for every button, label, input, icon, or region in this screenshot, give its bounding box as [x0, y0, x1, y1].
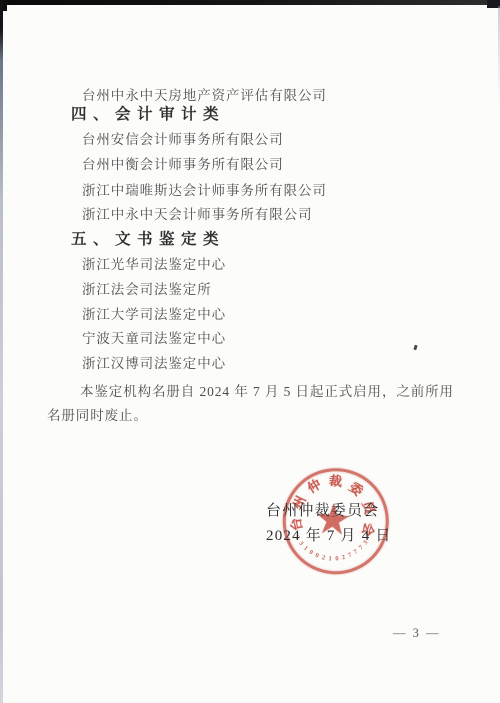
- list-item: 台州中永中天房地产资产评估有限公司: [82, 88, 327, 103]
- section-heading-accounting-audit: 四、会计审计类: [71, 106, 225, 123]
- scanned-document-page: 台州中永中天房地产资产评估有限公司 四、会计审计类 台州安信会计师事务所有限公司…: [0, 0, 500, 703]
- list-item: 浙江光华司法鉴定中心: [82, 257, 226, 272]
- seal-arc-text: 台州仲裁委员会: [277, 454, 397, 462]
- scan-edge-top: [0, 0, 500, 5]
- list-item: 浙江中永中天会计师事务所有限公司: [82, 207, 312, 222]
- seal-serial-number: 3310021027773: [277, 454, 397, 462]
- list-item: 宁波天童司法鉴定中心: [82, 331, 226, 346]
- closing-paragraph-line: 名册同时废止。: [47, 408, 148, 423]
- list-item: 台州安信会计师事务所有限公司: [82, 132, 284, 147]
- scan-speck: [413, 345, 417, 351]
- page-number: — 3 —: [393, 626, 441, 641]
- signature-organization: 台州仲裁委员会: [266, 504, 379, 519]
- signature-date: 2024 年 7 月 4 日: [266, 529, 392, 544]
- list-item: 浙江中瑞唯斯达会计师事务所有限公司: [82, 183, 327, 198]
- list-item: 浙江大学司法鉴定中心: [82, 307, 226, 322]
- list-item: 浙江法会司法鉴定所: [82, 282, 212, 297]
- section-heading-document-appraisal: 五、文书鉴定类: [71, 231, 225, 248]
- scan-edge-left: [0, 0, 3, 703]
- list-item: 浙江汉博司法鉴定中心: [82, 356, 226, 371]
- list-item: 台州中衡会计师事务所有限公司: [82, 157, 284, 172]
- closing-paragraph-line: 本鉴定机构名册自 2024 年 7 月 5 日起正式启用，之前所用: [80, 384, 454, 399]
